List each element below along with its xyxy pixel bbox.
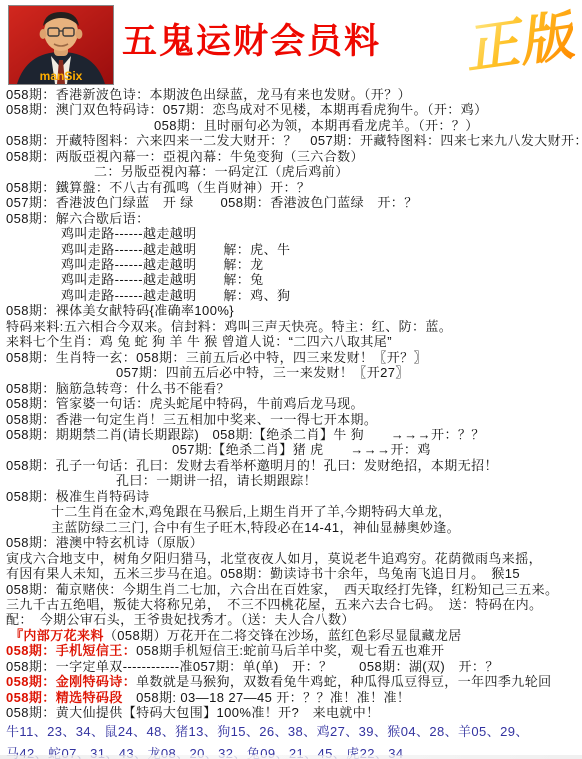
text-segment: 二：另版亞視內幕：一码定江（虎后鸡前） [94,164,349,179]
text-segment: 鸡叫走路------越走越明 解：虎、牛 [61,242,290,257]
text-line: 鸡叫走路------越走越明 解：鸡、狗 [6,288,578,303]
text-line: 鸡叫走路------越走越明 解：虎、牛 [6,242,578,257]
page-title: 五鬼运财会员料 [122,14,412,64]
scan-artifact [0,755,582,759]
text-line: 058期：极准生肖特码诗 [6,489,578,504]
text-line: 057期：四前五后必中特，三一来发财！〖开27〗 [6,365,578,380]
text-line: 057期：香港波色门绿蓝 开 绿 058期：香港波色门蓝绿 开：？ [6,195,578,210]
text-line: 主蓝防绿二三门, 合中有生子旺木,特段必在14-41，神仙显赫奥妙逢。 [6,520,578,535]
text-segment: 鸡叫走路------越走越明 解：龙 [61,257,264,272]
text-segment: 058期：极准生肖特码诗 [6,489,150,504]
text-segment: 058期：葡京赌侠：今期生肖二七加，六合出在百姓家， 西天取经打先锋，红粉知己三… [6,582,558,597]
text-segment: 058期：开藏特图料：六来四来一二发大财开：？ 057期：开藏特图料：四来七来九… [6,133,582,148]
text-segment: 鸡叫走路------越走越明 解：兔 [61,272,264,287]
text-segment: 058期：港澳中特玄机诗（原版） [6,535,203,550]
text-line: 孔曰：一期讲一招，请长期跟踪！ [6,473,578,488]
text-line: 二：另版亞視內幕：一码定江（虎后鸡前） [6,164,578,179]
text-segment: 058期：两版亞視內幕一：亞視內幕：牛兔变狗（三六合数） [6,149,364,164]
text-line: 058期：管家婆一句话：虎头蛇尾中特码，牛前鸡后龙马现。 [6,396,578,411]
text-segment: 来料七个生肖：鸡 兔 蛇 狗 羊 牛 猴 曾道人说：“二四六八取其尾” [6,334,392,349]
text-line: 058期：两版亞視內幕一：亞視內幕：牛兔变狗（三六合数） [6,149,578,164]
text-line: 058期：且时丽句必为领，本期再看龙虎羊。（开：？） [6,118,578,133]
text-segment: 058期：澳门双色特码诗：057期：恋鸟成对不见楼，本期再看虎狗牛。（开：鸡） [6,102,487,117]
text-line: 058期：葡京赌侠：今期生肖二七加，六合出在百姓家， 西天取经打先锋，红粉知己三… [6,582,578,597]
text-line: 鸡叫走路------越走越明 [6,226,578,241]
header: manSix 五鬼运财会员料 正版 [0,0,582,86]
text-line: 058期：澳门双色特码诗：057期：恋鸟成对不见楼，本期再看虎狗牛。（开：鸡） [6,102,578,117]
text-line: 058期：脑筋急转弯：什么书不能看？ [6,381,578,396]
portrait-illustration: manSix [9,6,113,84]
text-line: 058期：金刚特码诗：单数就是马猴狗，双数看兔牛鸡蛇，种瓜得瓜豆得豆，一年四季九… [6,674,578,689]
text-segment: 058期：裸体美女献特码{准确率100%} [6,303,234,318]
text-segment: 058期：解六合歇后语： [6,211,150,226]
text-segment: 058期：一字定单双------------准057期：单(单) 开：？ 058… [6,659,499,674]
text-line: 058期：港澳中特玄机诗（原版） [6,535,578,550]
text-segment: 有因有果人未知，五米三步马在追。058期：勤读诗书十余年，鸟兔南飞追日月。 猴1… [6,566,520,581]
text-segment: 三九千古五绝唱，叛徒大将称兄弟， 不三不四桃花屋，五来六去合七码。 送：特码在内… [6,597,542,612]
text-line: 058期：香港新波色诗：本期波色出绿蓝，龙马有来也发财。（开？） [6,87,578,102]
text-line: 058期：开藏特图料：六来四来一二发大财开：？ 057期：开藏特图料：四来七来九… [6,133,578,148]
text-segment: 配： 今期公审石头，王爷贵妃找秀才。（送：夫人合八数） [6,612,355,627]
genuine-stamp: 正版 [459,0,579,84]
text-segment: 孔曰：一期讲一招，请长期跟踪！ [116,473,317,488]
text-segment: 058期：期期禁二肖(请长期跟踪) 058期:【绝杀二肖】牛 狗 →→→开：？？ [6,427,485,442]
text-segment: 058期：脑筋急转弯：什么书不能看？ [6,381,230,396]
text-line: 配： 今期公审石头，王爷贵妃找秀才。（送：夫人合八数） [6,612,578,627]
text-line: 058期：期期禁二肖(请长期跟踪) 058期:【绝杀二肖】牛 狗 →→→开：？？ [6,427,578,442]
text-segment: 单数就是马猴狗，双数看兔牛鸡蛇，种瓜得瓜豆得豆，一年四季九轮回 [136,674,551,689]
text-segment: 鸡叫走路------越走越明 [61,226,197,241]
text-segment: 主蓝防绿二三门, 合中有生子旺木,特段必在14-41，神仙显赫奥妙逢。 [51,520,460,535]
body-text: 058期：香港新波色诗：本期波色出绿蓝，龙马有来也发财。（开？）058期：澳门双… [6,87,578,759]
text-line: 『内部万花来料（058期）万花开在二将交锋在沙场，蓝红色彩尽显鼠藏龙居 [6,628,578,643]
text-line: 牛11、23、34、鼠24、48、猪13、狗15、26、38、鸡27、39、猴0… [6,724,578,739]
text-line: 有因有果人未知，五米三步马在追。058期：勤读诗书十余年，鸟兔南飞追日月。 猴1… [6,566,578,581]
text-segment: 『内部万花来料 [10,628,104,643]
text-segment: 寅戌六合地支中，树角夕阳归猎马，北堂夜夜人如月，莫说老牛追鸡穷。花荫微雨鸟来摇， [6,551,542,566]
text-segment: 058期：鐵算盤：不八古有孤鸣（生肖财神）开：？ [6,180,310,195]
text-line: 特码来料:五六相合今双来。信封料：鸡叫三声天快亮。特主：红、防：蓝。 [6,319,578,334]
text-segment: 058期：香港新波色诗：本期波色出绿蓝，龙马有来也发财。（开？） [6,87,411,102]
text-line: 058期：手机短信王：058期手机短信王:蛇前马后羊中奖，观七看五也难开 [6,643,578,658]
portrait-watermark: manSix [40,69,83,83]
page: manSix 五鬼运财会员料 正版 058期：香港新波色诗：本期波色出绿蓝，龙马… [0,0,582,759]
text-segment: 058期手机短信王:蛇前马后羊中奖，观七看五也难开 [136,643,444,658]
text-line: 寅戌六合地支中，树角夕阳归猎马，北堂夜夜人如月，莫说老牛追鸡穷。花荫微雨鸟来摇， [6,551,578,566]
text-line: 鸡叫走路------越走越明 解：龙 [6,257,578,272]
text-segment: 058期: 03—18 27—45 开：？？准！准！准！ [123,690,411,705]
text-segment: 058期：金刚特码诗： [6,674,136,689]
text-line: 三九千古五绝唱，叛徒大将称兄弟， 不三不四桃花屋，五来六去合七码。 送：特码在内… [6,597,578,612]
text-segment: 058期：香港一句定生肖！三五相加中奖来、一一得七开本期。 [6,412,377,427]
text-line: 058期：一字定单双------------准057期：单(单) 开：？ 058… [6,659,578,674]
text-segment: 058期：生肖特一玄：058期：三前五后必中特，四三来发财！〖开？〗 [6,350,427,365]
text-line: 058期：黄大仙提供【特码大包围】100%准！开? 来电就中！ [6,705,578,720]
text-segment: 058期：管家婆一句话：虎头蛇尾中特码，牛前鸡后龙马现。 [6,396,364,411]
text-segment: 十二生肖在金木,鸡兔跟在马猴后,上期生肖开了羊,今期特码大单龙, [51,504,442,519]
text-segment: 058期：孔子一句话：孔曰：发财去看举杯邀明月的！孔曰：发财绝招，本期无招！ [6,458,498,473]
text-segment: 特码来料:五六相合今双来。信封料：鸡叫三声天快亮。特主：红、防：蓝。 [6,319,452,334]
text-line: 来料七个生肖：鸡 兔 蛇 狗 羊 牛 猴 曾道人说：“二四六八取其尾” [6,334,578,349]
text-line: 057期:【绝杀二肖】猪 虎 →→→开：鸡 [6,442,578,457]
text-segment: 058期：黄大仙提供【特码大包围】100%准！开? 来电就中！ [6,705,380,720]
text-line: 058期：裸体美女献特码{准确率100%} [6,303,578,318]
portrait-photo: manSix [8,5,114,85]
text-line: 058期：精选特码段 058期: 03—18 27—45 开：？？准！准！准！ [6,690,578,705]
text-segment: （058期）万花开在二将交锋在沙场，蓝红色彩尽显鼠藏龙居 [104,628,462,643]
text-line: 十二生肖在金木,鸡兔跟在马猴后,上期生肖开了羊,今期特码大单龙, [6,504,578,519]
text-line: 058期：鐵算盤：不八古有孤鸣（生肖财神）开：？ [6,180,578,195]
text-line: 058期：香港一句定生肖！三五相加中奖来、一一得七开本期。 [6,412,578,427]
text-segment: 057期：香港波色门绿蓝 开 绿 058期：香港波色门蓝绿 开：？ [6,195,418,210]
text-line: 鸡叫走路------越走越明 解：兔 [6,272,578,287]
text-segment: 058期：手机短信王： [6,643,136,658]
text-line: 058期：孔子一句话：孔曰：发财去看举杯邀明月的！孔曰：发财绝招，本期无招！ [6,458,578,473]
text-segment: 058期：且时丽句必为领，本期再看龙虎羊。（开：？） [154,118,479,133]
text-segment: 057期：四前五后必中特，三一来发财！〖开27〗 [116,365,409,380]
text-segment: 牛11、23、34、鼠24、48、猪13、狗15、26、38、鸡27、39、猴0… [6,724,529,739]
text-line: 058期：生肖特一玄：058期：三前五后必中特，四三来发财！〖开？〗 [6,350,578,365]
text-segment: 鸡叫走路------越走越明 解：鸡、狗 [61,288,290,303]
text-segment: 057期:【绝杀二肖】猪 虎 →→→开：鸡 [172,442,431,457]
text-line: 058期：解六合歇后语： [6,211,578,226]
text-segment: 058期：精选特码段 [6,690,123,705]
